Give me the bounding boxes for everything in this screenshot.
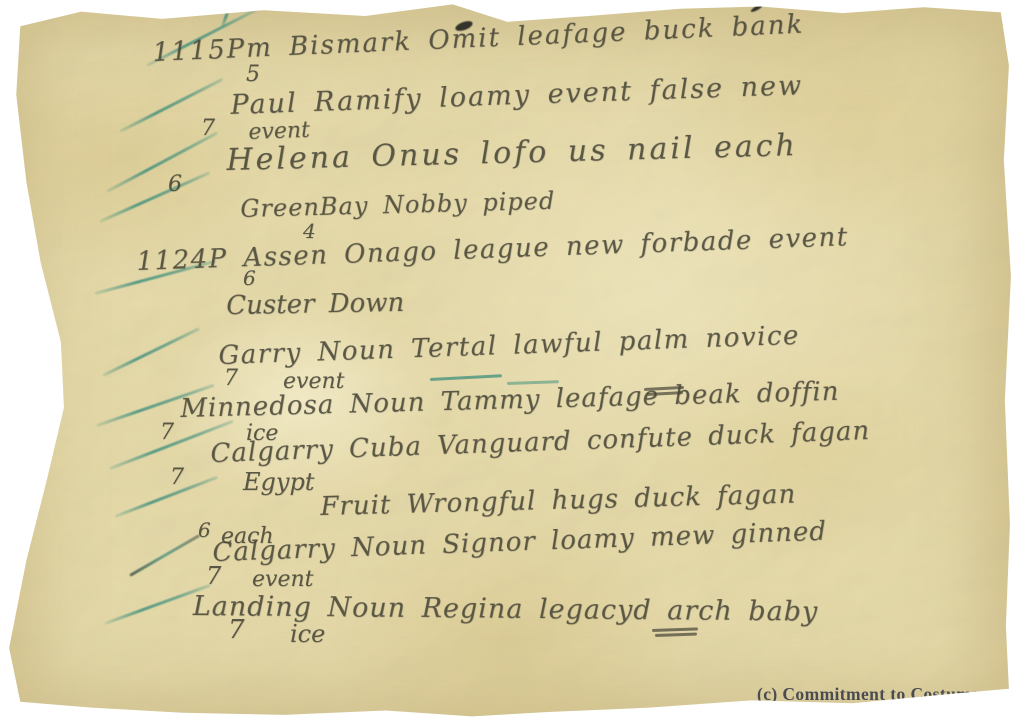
line-12-word: ice — [290, 620, 325, 648]
line-1-number: 5 — [246, 62, 260, 87]
line-10-number: 6 — [198, 518, 211, 542]
line-3-number: 6 — [168, 172, 182, 197]
line-11-number: 7 — [206, 562, 221, 590]
line-5-number: 6 — [243, 266, 256, 290]
line-7-number: 7 — [224, 366, 238, 391]
watermark-text: (c) Commitment to Costumes — [757, 684, 987, 705]
line-9-number: 7 — [170, 465, 184, 490]
line-4-number: 4 — [303, 219, 316, 243]
handwritten-line-6: Custer Down — [226, 288, 405, 321]
handwritten-line-12: Landing Noun Regina legacyd arch baby — [193, 591, 819, 627]
line-12-number: 7 — [228, 615, 245, 645]
line-2-number: 7 — [201, 116, 215, 141]
scanned-note-image: 1115Pm Bismark Omit leafage buck bank 5 … — [0, 0, 1015, 728]
line-11-word: event — [252, 567, 313, 592]
line-8-number: 7 — [160, 420, 174, 445]
line-9-word: Egypt — [243, 468, 314, 496]
paper-sheet: 1115Pm Bismark Omit leafage buck bank 5 … — [0, 0, 1015, 728]
